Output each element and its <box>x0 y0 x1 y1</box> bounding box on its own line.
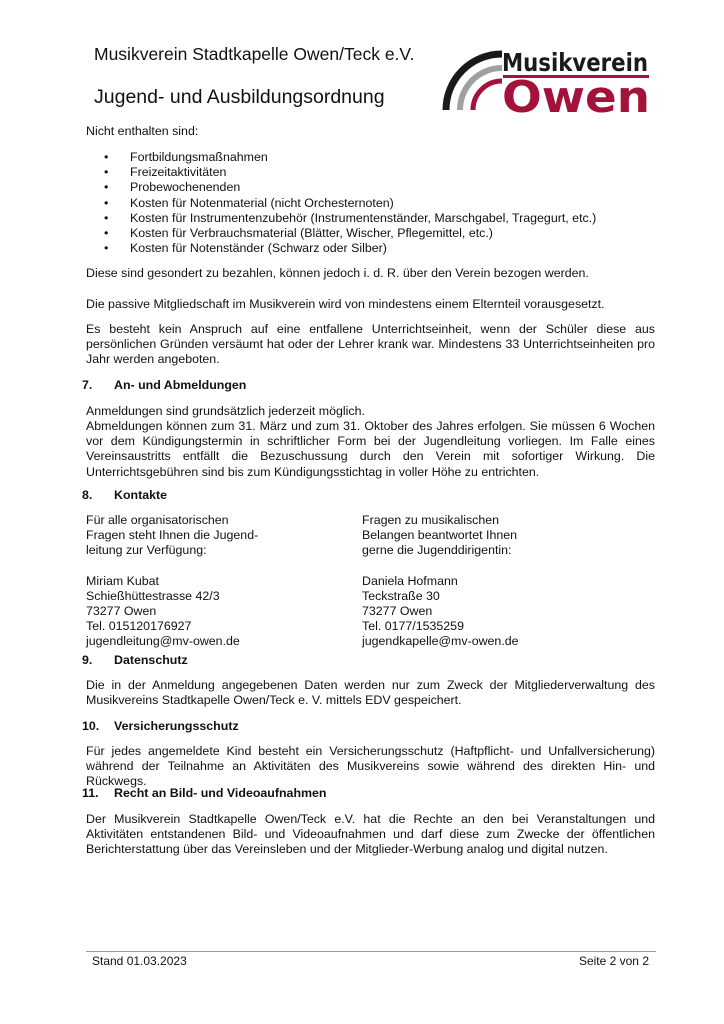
list-item-text: Kosten für Verbrauchsmaterial (Blätter, … <box>130 226 493 240</box>
contact-intro-line: Fragen steht Ihnen die Jugend- <box>86 528 346 543</box>
contact-intro-line: Für alle organisatorischen <box>86 513 346 528</box>
contact-name: Daniela Hofmann <box>362 574 622 589</box>
list-item: •Kosten für Notenmaterial (nicht Orchest… <box>86 196 656 211</box>
bullet-icon: • <box>104 211 108 226</box>
section-title: Recht an Bild- und Videoaufnahmen <box>114 786 327 800</box>
section-11-heading: 11.Recht an Bild- und Videoaufnahmen <box>82 786 327 800</box>
paragraph-separate-payment: Diese sind gesondert zu bezahlen, können… <box>86 266 655 281</box>
contact-intro-line: gerne die Jugenddirigentin: <box>362 543 622 558</box>
section-number: 10. <box>82 719 114 733</box>
contact-intro-line: Fragen zu musikalischen <box>362 513 622 528</box>
contact-street: Teckstraße 30 <box>362 589 622 604</box>
list-item-text: Fortbildungsmaßnahmen <box>130 150 268 164</box>
section-10-text: Für jedes angemeldete Kind besteht ein V… <box>86 744 655 790</box>
excluded-costs-list: •Fortbildungsmaßnahmen•Freizeitaktivität… <box>86 150 656 256</box>
bullet-icon: • <box>104 241 108 256</box>
list-item-text: Kosten für Notenständer (Schwarz oder Si… <box>130 241 387 255</box>
list-item-text: Kosten für Notenmaterial (nicht Orcheste… <box>130 196 394 210</box>
contact-youth-conductor: Fragen zu musikalischen Belangen beantwo… <box>362 513 622 650</box>
logo-arcs-icon <box>446 54 502 110</box>
list-item: •Kosten für Verbrauchsmaterial (Blätter,… <box>86 226 656 241</box>
contact-phone: Tel. 015120176927 <box>86 619 346 634</box>
contact-city: 73277 Owen <box>362 604 622 619</box>
section-11-text: Der Musikverein Stadtkapelle Owen/Teck e… <box>86 812 655 858</box>
musikverein-owen-logo: Musikverein Owen <box>440 40 660 115</box>
paragraph-no-claim: Es besteht kein Anspruch auf eine entfal… <box>86 322 655 368</box>
section-7-line1: Anmeldungen sind grundsätzlich jederzeit… <box>86 404 655 419</box>
logo-text-owen: Owen <box>502 72 650 115</box>
paragraph-passive-membership: Die passive Mitgliedschaft im Musikverei… <box>86 297 655 312</box>
section-title: Datenschutz <box>114 653 188 667</box>
document-page: Musikverein Stadtkapelle Owen/Teck e.V. … <box>0 0 724 1024</box>
section-8-heading: 8.Kontakte <box>82 488 167 502</box>
list-item: •Freizeitaktivitäten <box>86 165 656 180</box>
contact-youth-leader: Für alle organisatorischen Fragen steht … <box>86 513 346 650</box>
footer-divider <box>86 951 656 952</box>
contact-phone: Tel. 0177/1535259 <box>362 619 622 634</box>
intro-lead: Nicht enthalten sind: <box>86 124 655 139</box>
footer-page-number: Seite 2 von 2 <box>579 954 649 968</box>
section-title: Versicherungsschutz <box>114 719 239 733</box>
section-9-heading: 9.Datenschutz <box>82 653 188 667</box>
footer-date: Stand 01.03.2023 <box>92 954 187 968</box>
list-item: •Fortbildungsmaßnahmen <box>86 150 656 165</box>
section-number: 8. <box>82 488 114 502</box>
contact-email-link[interactable]: jugendkapelle@mv-owen.de <box>362 634 622 649</box>
document-title: Jugend- und Ausbildungsordnung <box>94 86 385 109</box>
contact-name: Miriam Kubat <box>86 574 346 589</box>
section-10-heading: 10.Versicherungsschutz <box>82 719 239 733</box>
bullet-icon: • <box>104 165 108 180</box>
section-9-text: Die in der Anmeldung angegebenen Daten w… <box>86 678 655 708</box>
list-item: •Probewochenenden <box>86 180 656 195</box>
section-number: 11. <box>82 786 114 800</box>
section-title: An- und Abmeldungen <box>114 378 246 392</box>
section-number: 9. <box>82 653 114 667</box>
list-item-text: Freizeitaktivitäten <box>130 165 226 179</box>
organization-name: Musikverein Stadtkapelle Owen/Teck e.V. <box>94 44 414 65</box>
contact-city: 73277 Owen <box>86 604 346 619</box>
section-number: 7. <box>82 378 114 392</box>
list-item: •Kosten für Instrumentenzubehör (Instrum… <box>86 211 656 226</box>
contact-intro-line: leitung zur Verfügung: <box>86 543 346 558</box>
list-item-text: Kosten für Instrumentenzubehör (Instrume… <box>130 211 596 225</box>
list-item: •Kosten für Notenständer (Schwarz oder S… <box>86 241 656 256</box>
bullet-icon: • <box>104 226 108 241</box>
contact-street: Schießhüttestrasse 42/3 <box>86 589 346 604</box>
section-7-heading: 7.An- und Abmeldungen <box>82 378 246 392</box>
section-7-text: Abmeldungen können zum 31. März und zum … <box>86 419 655 480</box>
section-title: Kontakte <box>114 488 167 502</box>
bullet-icon: • <box>104 150 108 165</box>
bullet-icon: • <box>104 196 108 211</box>
list-item-text: Probewochenenden <box>130 180 240 194</box>
contact-email-link[interactable]: jugendleitung@mv-owen.de <box>86 634 346 649</box>
contact-intro-line: Belangen beantwortet Ihnen <box>362 528 622 543</box>
bullet-icon: • <box>104 180 108 195</box>
